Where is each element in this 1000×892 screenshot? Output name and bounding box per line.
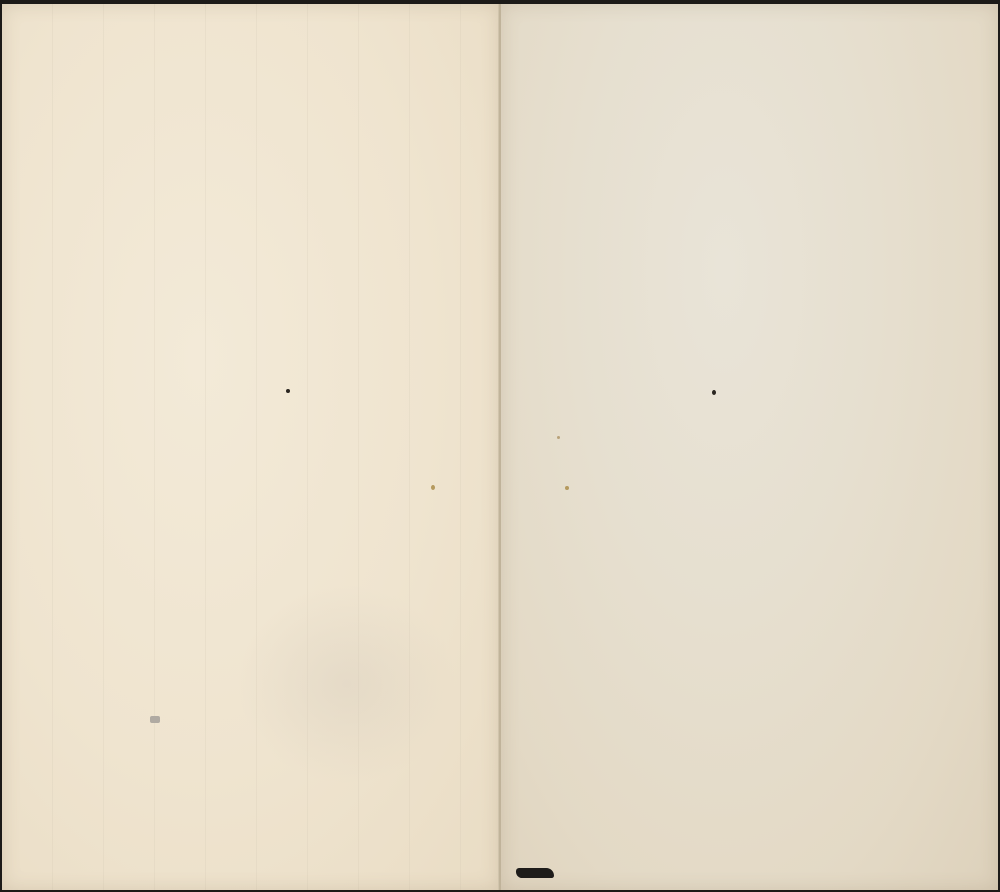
foxing-spot: [565, 486, 569, 490]
show-through-text: [237, 584, 457, 784]
right-page: [501, 4, 998, 890]
ink-dot: [712, 390, 716, 395]
ink-stain: [516, 868, 554, 878]
foxing-spot: [557, 436, 560, 439]
ink-dot: [286, 389, 290, 393]
left-page: [2, 4, 499, 890]
stain-mark: [150, 716, 160, 723]
foxing-spot: [431, 485, 435, 490]
book-spread: [0, 0, 1000, 892]
